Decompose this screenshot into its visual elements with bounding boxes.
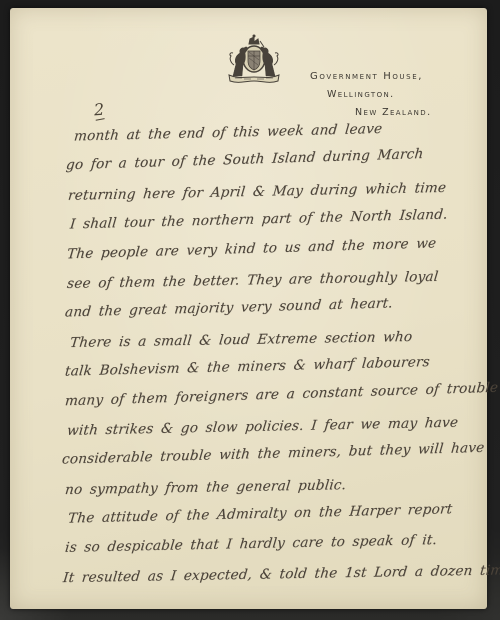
royal-coat-of-arms-icon [211, 33, 297, 85]
letter-body: month at the end of this week and leave … [10, 124, 487, 594]
letterhead-line-government-house: Government House, [310, 71, 423, 82]
page-number: 2 [93, 100, 105, 121]
letterhead-line-wellington: Wellington. [327, 89, 395, 100]
letter-page: Government House, Wellington. New Zealan… [10, 8, 487, 609]
